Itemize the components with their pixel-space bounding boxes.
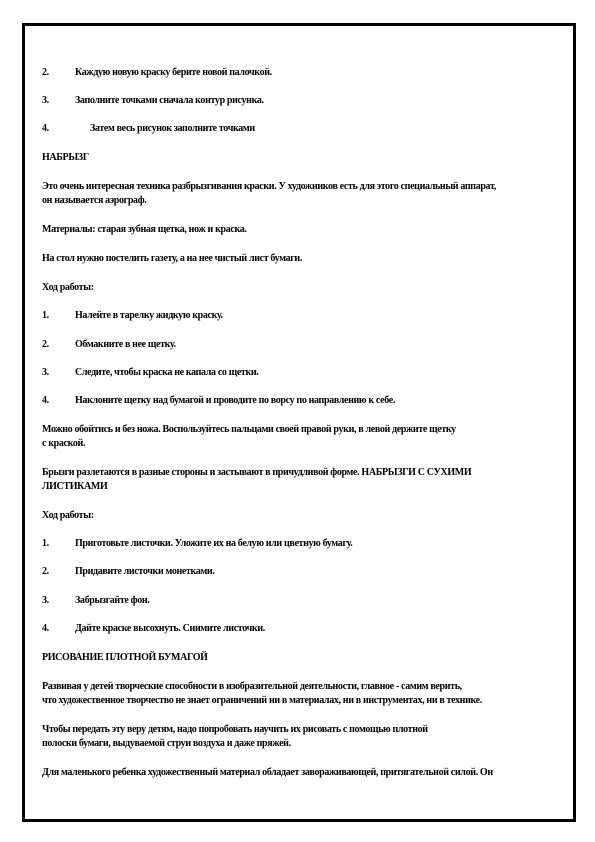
paragraph-line: Брызги разлетаются в разные стороны и за… [42, 466, 471, 479]
list-text: Заполните точками сначала контур рисунка… [75, 94, 264, 107]
paragraph-line: Ход работы: [42, 509, 94, 522]
section-heading: ЛИСТИКАМИ [42, 480, 107, 493]
paragraph-line: с краской. [42, 437, 85, 450]
paragraph-line: Это очень интересная техника разбрызгива… [42, 180, 496, 193]
paragraph-line: что художественное творчество не знает о… [42, 694, 482, 707]
list-number: 4. [42, 394, 49, 407]
list-text: Придавите листочки монетками. [75, 565, 215, 578]
list-text: Наклоните щетку над бумагой и проводите … [75, 394, 395, 407]
list-text: Забрызгайте фон. [75, 594, 149, 607]
list-number: 3. [42, 594, 49, 607]
list-text: Следите, чтобы краска не капала со щетки… [75, 366, 258, 379]
section-heading: НАБРЫЗГ [42, 151, 89, 164]
paragraph-line: Чтобы передать эту веру детям, надо попр… [42, 723, 428, 736]
paragraph-line: Развивая у детей творческие способности … [42, 680, 462, 693]
section-heading: РИСОВАНИЕ ПЛОТНОЙ БУМАГОЙ [42, 651, 208, 664]
paragraph-line: Для маленького ребенка художественный ма… [42, 766, 493, 779]
list-number: 2. [42, 338, 49, 351]
list-text: Дайте краске высохнуть. Снимите листочки… [75, 622, 265, 635]
list-number: 1. [42, 309, 49, 322]
list-number: 4. [42, 122, 49, 135]
list-text: Затем весь рисунок заполните точками [90, 122, 255, 135]
paragraph-line: Материалы: старая зубная щетка, нож и кр… [42, 223, 247, 236]
list-number: 2. [42, 66, 49, 79]
list-text: Приготовьте листочки. Уложите их на белу… [75, 537, 352, 550]
list-text: Обмакните в нее щетку. [75, 338, 176, 351]
list-number: 1. [42, 537, 49, 550]
list-text: Налейте в тарелку жидкую краску. [75, 309, 223, 322]
paragraph-line: На стол нужно постелить газету, а на нее… [42, 252, 302, 265]
paragraph-line: Ход работы: [42, 281, 94, 294]
list-number: 2. [42, 565, 49, 578]
list-text: Каждую новую краску берите новой палочко… [75, 66, 272, 79]
list-number: 3. [42, 94, 49, 107]
paragraph-line: полоски бумаги, выдуваемой струи воздуха… [42, 737, 291, 750]
paragraph-line: он называется аэрограф. [42, 194, 146, 207]
list-number: 3. [42, 366, 49, 379]
paragraph-line: Можно обойтись и без ножа. Воспользуйтес… [42, 423, 456, 436]
list-number: 4. [42, 622, 49, 635]
